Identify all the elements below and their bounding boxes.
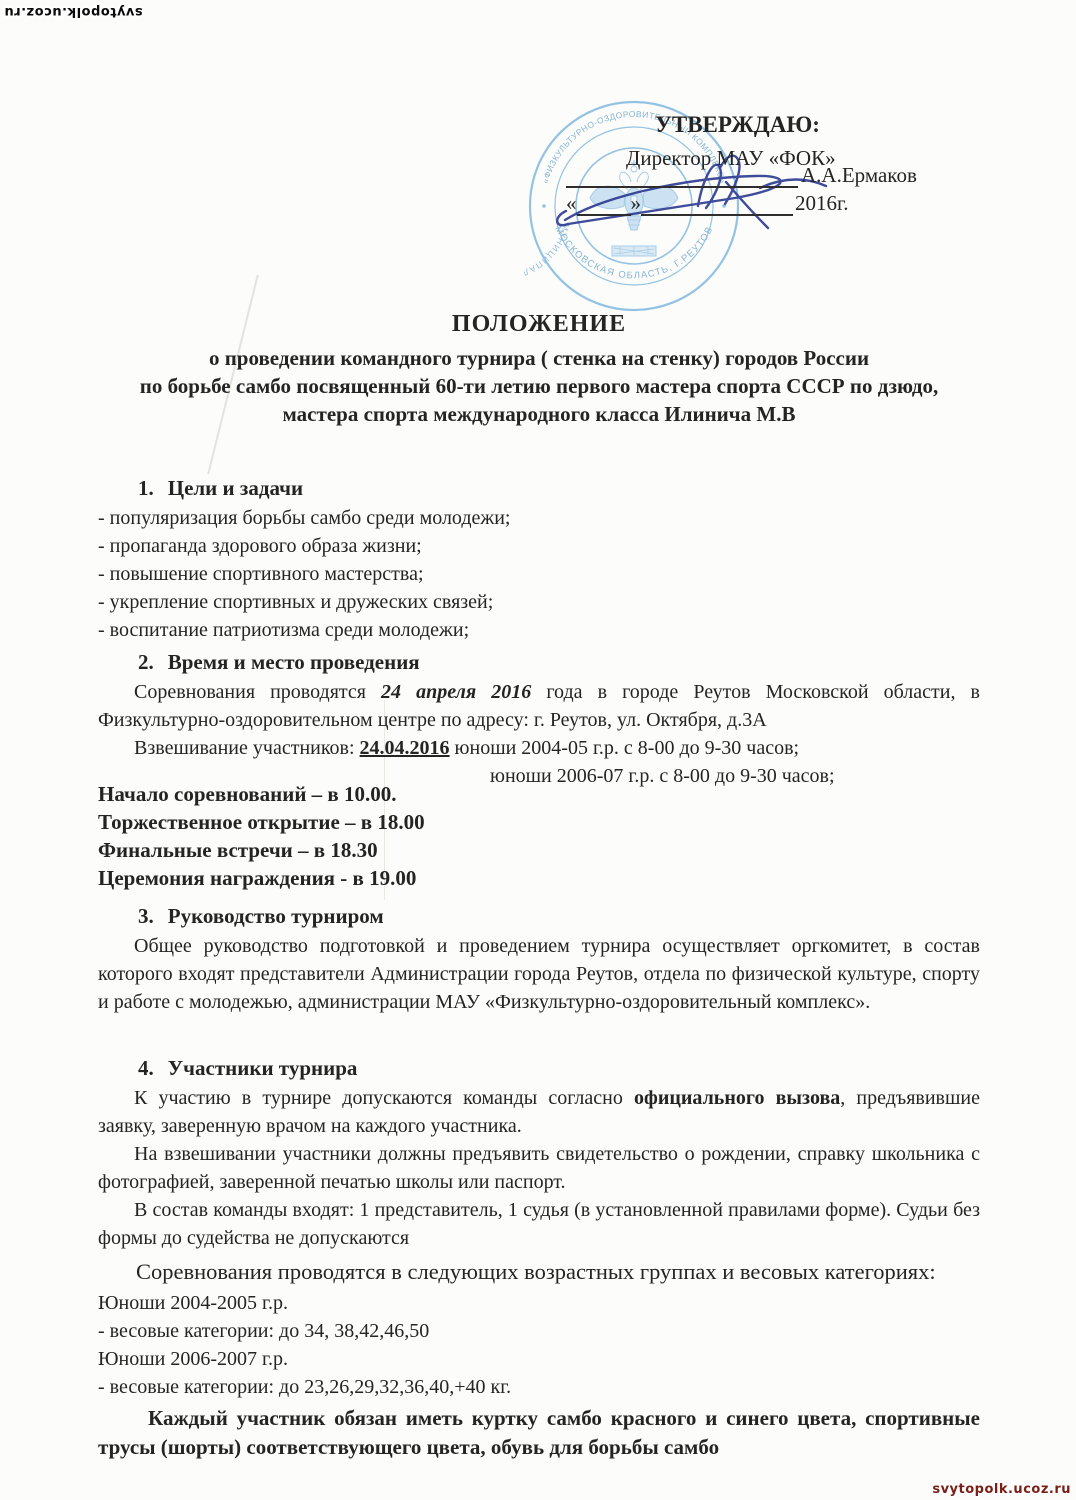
equipment-paragraph: Каждый участник обязан иметь куртку самб… [98, 1404, 980, 1462]
equipment-block: Каждый участник обязан иметь куртку самб… [98, 1404, 980, 1462]
goal-item: - популяризация борьбы самбо среди молод… [98, 504, 980, 532]
section-goals: 1.Цели и задачи - популяризация борьбы с… [98, 474, 980, 644]
participants-paragraph-3: В состав команды входят: 1 представитель… [98, 1196, 980, 1252]
goal-item: - воспитание патриотизма среди молодежи; [98, 616, 980, 644]
schedule-block: Начало соревнований – в 10.00. Торжестве… [98, 780, 980, 892]
stamp-banner [612, 246, 656, 256]
subtitle-line-2: по борьбе самбо посвященный 60-ти летию … [98, 372, 980, 400]
age-group-title: Юноши 2006-2007 г.р. [98, 1345, 980, 1373]
section-1-heading: 1.Цели и задачи [98, 474, 980, 502]
watermark-bottom-right: svytopolk.ucoz.ru [932, 1482, 1071, 1497]
approval-year: 2016г. [795, 191, 849, 216]
participants-text-pre: К участию в турнире допускаются команды … [134, 1087, 634, 1109]
approval-label: УТВЕРЖДАЮ: [655, 112, 820, 138]
age-group-weights: - весовые категории: до 23,26,29,32,36,4… [98, 1373, 980, 1401]
section-2-heading: 2.Время и место проведения [98, 648, 980, 676]
event-date: 24 апреля 2016 [381, 681, 531, 703]
section-4-number: 4. [138, 1056, 154, 1080]
date-underline-2 [641, 188, 793, 216]
venue-text-pre: Соревнования проводятся [134, 681, 381, 703]
close-quote: » [631, 191, 642, 216]
venue-paragraph: Соревнования проводятся 24 апреля 2016 г… [98, 678, 980, 734]
weigh-in-label: Взвешивание участников: [134, 737, 360, 759]
title-block: ПОЛОЖЕНИЕ о проведении командного турнир… [98, 310, 980, 428]
open-quote: « [566, 191, 577, 216]
schedule-awards: Церемония награждения - в 19.00 [98, 864, 980, 892]
participants-paragraph-1: К участию в турнире допускаются команды … [98, 1084, 980, 1140]
weigh-in-group-1: юноши 2004-05 г.р. с 8-00 до 9-30 часов; [450, 737, 800, 759]
subtitle-line-1: о проведении командного турнира ( стенка… [98, 344, 980, 372]
section-2-number: 2. [138, 650, 154, 674]
official-call-bold: официального вызова [634, 1087, 840, 1109]
section-3-title: Руководство турниром [168, 904, 384, 928]
section-management: 3.Руководство турниром Общее руководство… [98, 902, 980, 1016]
schedule-finals: Финальные встречи – в 18.30 [98, 836, 980, 864]
document-subtitle: о проведении командного турнира ( стенка… [98, 344, 980, 428]
signature-underline [566, 160, 798, 188]
schedule-opening: Торжественное открытие – в 18.00 [98, 808, 980, 836]
scanned-document-page: svytopolk.ucoz.ru svytopolk.ucoz.ru «ФИЗ… [0, 0, 1076, 1500]
section-time-place: 2.Время и место проведения Соревнования … [98, 648, 980, 790]
management-paragraph: Общее руководство подготовкой и проведен… [98, 932, 980, 1016]
section-3-heading: 3.Руководство турниром [98, 902, 980, 930]
age-group-weights: - весовые категории: до 34, 38,42,46,50 [98, 1317, 980, 1345]
date-underline-1 [577, 188, 631, 216]
section-4-heading: 4.Участники турнира [98, 1054, 980, 1082]
goal-item: - повышение спортивного мастерства; [98, 560, 980, 588]
goal-item: - укрепление спортивных и дружеских связ… [98, 588, 980, 616]
participants-paragraph-2: На взвешивании участники должны предъяви… [98, 1140, 980, 1196]
age-group-title: Юноши 2004-2005 г.р. [98, 1289, 980, 1317]
section-4-title: Участники турнира [168, 1056, 358, 1080]
document-title: ПОЛОЖЕНИЕ [98, 310, 980, 338]
approval-name: А.А.Ермаков [801, 163, 917, 188]
age-groups-intro: Соревнования проводятся в следующих возр… [98, 1254, 980, 1289]
goal-item: - пропаганда здорового образа жизни; [98, 532, 980, 560]
section-2-title: Время и место проведения [168, 650, 420, 674]
weigh-in-date: 24.04.2016 [360, 737, 450, 759]
approval-date-row: « » 2016г. [566, 188, 849, 216]
section-3-number: 3. [138, 904, 154, 928]
section-participants: 4.Участники турнира К участию в турнире … [98, 1054, 980, 1401]
approval-name-row: А.А.Ермаков [566, 160, 917, 188]
weigh-in-line-1: Взвешивание участников: 24.04.2016 юноши… [98, 734, 980, 762]
subtitle-line-3: мастера спорта международного класса Или… [98, 400, 980, 428]
schedule-start: Начало соревнований – в 10.00. [98, 780, 980, 808]
watermark-top-left: svytopolk.ucoz.ru [4, 4, 143, 19]
section-1-number: 1. [138, 476, 154, 500]
section-1-title: Цели и задачи [168, 476, 303, 500]
